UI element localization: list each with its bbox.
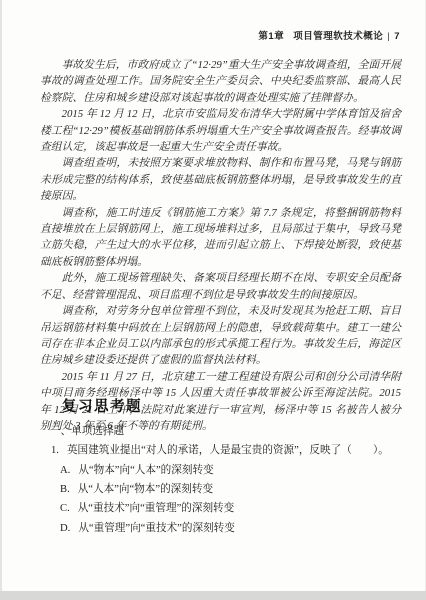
case-paragraph-2: 2015 年 12 月 12 日，北京市安监局发布清华大学附属中学体育馆及宿舍楼… <box>40 106 401 155</box>
option-a-label: A. <box>60 465 70 476</box>
case-paragraph-5: 此外，施工现场管理缺失、备案项目经理长期不在岗、专职安全员配备不足、经营管理混乱… <box>40 270 401 303</box>
case-paragraph-3: 调查组查明，未按照方案要求堆放物料、制作和布置马凳，马凳与钢筋未形成完整的结构体… <box>40 155 401 204</box>
review-heading: 复习思考题 <box>62 395 142 416</box>
scan-edge-left <box>0 0 2 600</box>
option-d-text: 从“重管理”向“重技术”的深刻转变 <box>78 523 235 534</box>
case-study-text: 事故发生后，市政府成立了“12·29”重大生产安全事故调查组，全面开展事故的调查… <box>40 57 401 434</box>
page-number: 7 <box>394 31 400 42</box>
case-paragraph-4: 调查称，施工时违反《钢筋施工方案》第 7.7 条规定，将整捆钢筋物料直接堆放在上… <box>40 205 401 271</box>
case-paragraph-6: 调查称，对劳务分包单位管理不到位，未及时发现其为抢赶工期、盲目吊运钢筋材料集中码… <box>40 303 401 369</box>
question-1: 1.英国建筑业提出“对人的承诺，人是最宝贵的资源”，反映了（ ）。 <box>51 442 401 457</box>
question-1-options: A.从“物本”向“人本”的深刻转变 B.从“人本”向“物本”的深刻转变 C.从“… <box>60 461 400 538</box>
option-a: A.从“物本”向“人本”的深刻转变 <box>60 461 400 480</box>
chapter-title: 项目管理软技术概论 <box>293 31 383 42</box>
scan-edge-bottom <box>0 591 426 600</box>
section-title-single-choice: 一、单项选择题 <box>50 423 124 438</box>
document-page: 第1章项目管理软技术概论|7 事故发生后，市政府成立了“12·29”重大生产安全… <box>0 0 426 600</box>
question-number: 1. <box>51 445 59 456</box>
page-header: 第1章项目管理软技术概论|7 <box>40 28 400 42</box>
option-c: C.从“重技术”向“重管理”的深刻转变 <box>60 499 400 518</box>
option-b: B.从“人本”向“物本”的深刻转变 <box>60 480 400 499</box>
option-d-label: D. <box>60 523 70 534</box>
header-divider: | <box>387 31 390 42</box>
question-stem: 英国建筑业提出“对人的承诺，人是最宝贵的资源”，反映了（ ）。 <box>67 445 389 456</box>
option-b-label: B. <box>60 484 70 495</box>
option-c-label: C. <box>60 503 70 514</box>
chapter-label: 第1章 <box>258 31 284 42</box>
option-c-text: 从“重技术”向“重管理”的深刻转变 <box>78 503 235 514</box>
option-a-text: 从“物本”向“人本”的深刻转变 <box>78 465 213 476</box>
option-b-text: 从“人本”向“物本”的深刻转变 <box>78 484 213 495</box>
case-paragraph-1: 事故发生后，市政府成立了“12·29”重大生产安全事故调查组，全面开展事故的调查… <box>40 57 401 106</box>
option-d: D.从“重管理”向“重技术”的深刻转变 <box>60 519 400 538</box>
